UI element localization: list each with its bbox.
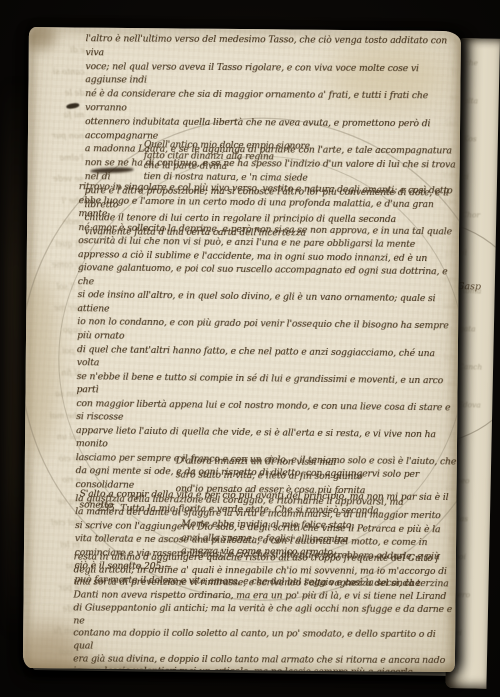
closing-paragraph: resta in ultimo d'aggiungere qualche ris…	[73, 551, 456, 672]
catchword: nado	[422, 655, 445, 666]
manuscript-page: e di canto sì de le mi fa non pur l'alma…	[23, 27, 461, 672]
scanned-manuscript-image: che alta Kos ci Chor sì Roma gata Canch …	[0, 0, 500, 697]
ink-blot	[66, 102, 80, 109]
petrarch-quote-block: Quell'antico mio dolce empio signore fat…	[144, 140, 310, 184]
paper-stain	[24, 27, 56, 50]
marginal-annotation: Gasp	[457, 281, 481, 293]
paper-stain	[23, 272, 61, 457]
